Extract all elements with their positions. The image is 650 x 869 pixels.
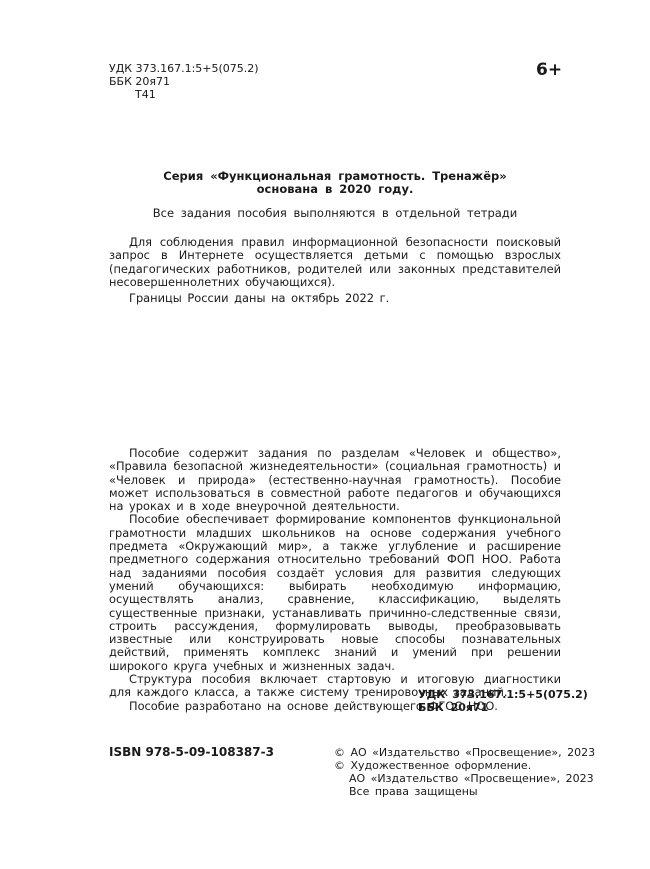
library-codes: УДК 373.167.1:5+5(075.2) ББК 20я71 Т41 xyxy=(109,62,259,101)
safety-note: Для соблюдения правил информационной без… xyxy=(109,236,561,289)
description: Пособие содержит задания по разделам «Че… xyxy=(109,447,561,713)
borders-paragraph: Границы России даны на октябрь 2022 г. xyxy=(109,292,561,305)
author-mark: Т41 xyxy=(109,88,259,101)
tasks-note: Все задания пособия выполняются в отдель… xyxy=(120,206,550,220)
rights-reserved: Все права защищены xyxy=(334,785,595,798)
age-rating: 6+ xyxy=(536,60,562,80)
description-paragraph: Пособие обеспечивает формирование компон… xyxy=(109,513,561,673)
description-paragraph: Пособие содержит задания по разделам «Че… xyxy=(109,447,561,513)
copyright-line: АО «Издательство «Просвещение», 2023 xyxy=(334,772,595,785)
classification-block: УДК 373.167.1:5+5(075.2) ББК 20я71 xyxy=(418,688,588,714)
udk-code-bottom: УДК 373.167.1:5+5(075.2) xyxy=(418,688,588,701)
copyright-line: © Художественное оформление. xyxy=(334,759,595,772)
safety-paragraph: Для соблюдения правил информационной без… xyxy=(109,236,561,289)
series-line-2: основана в 2020 году. xyxy=(120,183,550,196)
borders-note: Границы России даны на октябрь 2022 г. xyxy=(109,292,561,305)
isbn: ISBN 978-5-09-108387-3 xyxy=(109,745,274,759)
copyright-line: © АО «Издательство «Просвещение», 2023 xyxy=(334,746,595,759)
copyright-block: © АО «Издательство «Просвещение», 2023 ©… xyxy=(334,746,595,798)
series-title: Серия «Функциональная грамотность. Трена… xyxy=(120,170,550,196)
udk-code: УДК 373.167.1:5+5(075.2) xyxy=(109,62,259,75)
bbk-code-bottom: ББК 20я71 xyxy=(418,701,588,714)
bbk-code: ББК 20я71 xyxy=(109,75,259,88)
